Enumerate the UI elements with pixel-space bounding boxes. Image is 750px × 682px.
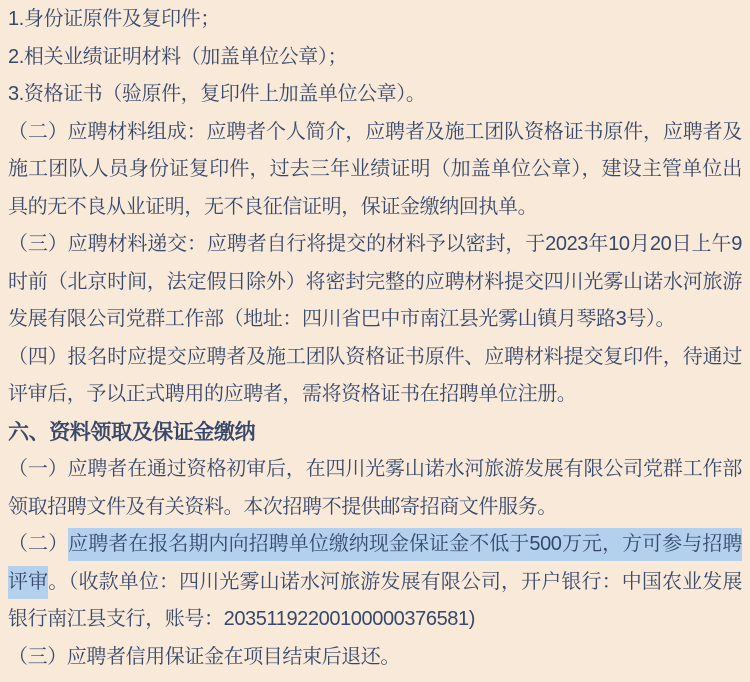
numbered-item-1: 1.身份证原件及复印件；	[8, 1, 742, 39]
deposit-paragraph-prefix: （二）	[8, 533, 68, 555]
paragraph-certificate-registration: （四）报名时应提交应聘者及施工团队资格证书原件、应聘材料提交复印件，待通过评审后…	[8, 339, 742, 414]
deposit-paragraph-suffix: 。（收款单位：四川光雾山诺水河旅游发展有限公司，开户银行：中国农业发展银行南江县…	[8, 571, 742, 631]
paragraph-materials-submission: （三）应聘材料递交：应聘者自行将提交的材料予以密封，于2023年10月20日上午…	[8, 226, 742, 339]
section-heading-materials-deposit: 六、资料领取及保证金缴纳	[8, 414, 742, 452]
paragraph-materials-composition: （二）应聘材料组成：应聘者个人简介，应聘者及施工团队资格证书原件，应聘者及施工团…	[8, 114, 742, 227]
numbered-item-2: 2.相关业绩证明材料（加盖单位公章）；	[8, 39, 742, 77]
document-body: 1.身份证原件及复印件； 2.相关业绩证明材料（加盖单位公章）； 3.资格证书（…	[0, 0, 750, 676]
paragraph-deposit-refund: （三）应聘者信用保证金在项目结束后退还。	[8, 639, 742, 677]
numbered-item-3: 3.资格证书（验原件，复印件上加盖单位公章）。	[8, 76, 742, 114]
paragraph-document-collection: （一）应聘者在通过资格初审后，在四川光雾山诺水河旅游发展有限公司党群工作部领取招…	[8, 451, 742, 526]
paragraph-deposit-requirement: （二）应聘者在报名期内向招聘单位缴纳现金保证金不低于500万元，方可参与招聘评审…	[8, 526, 742, 639]
